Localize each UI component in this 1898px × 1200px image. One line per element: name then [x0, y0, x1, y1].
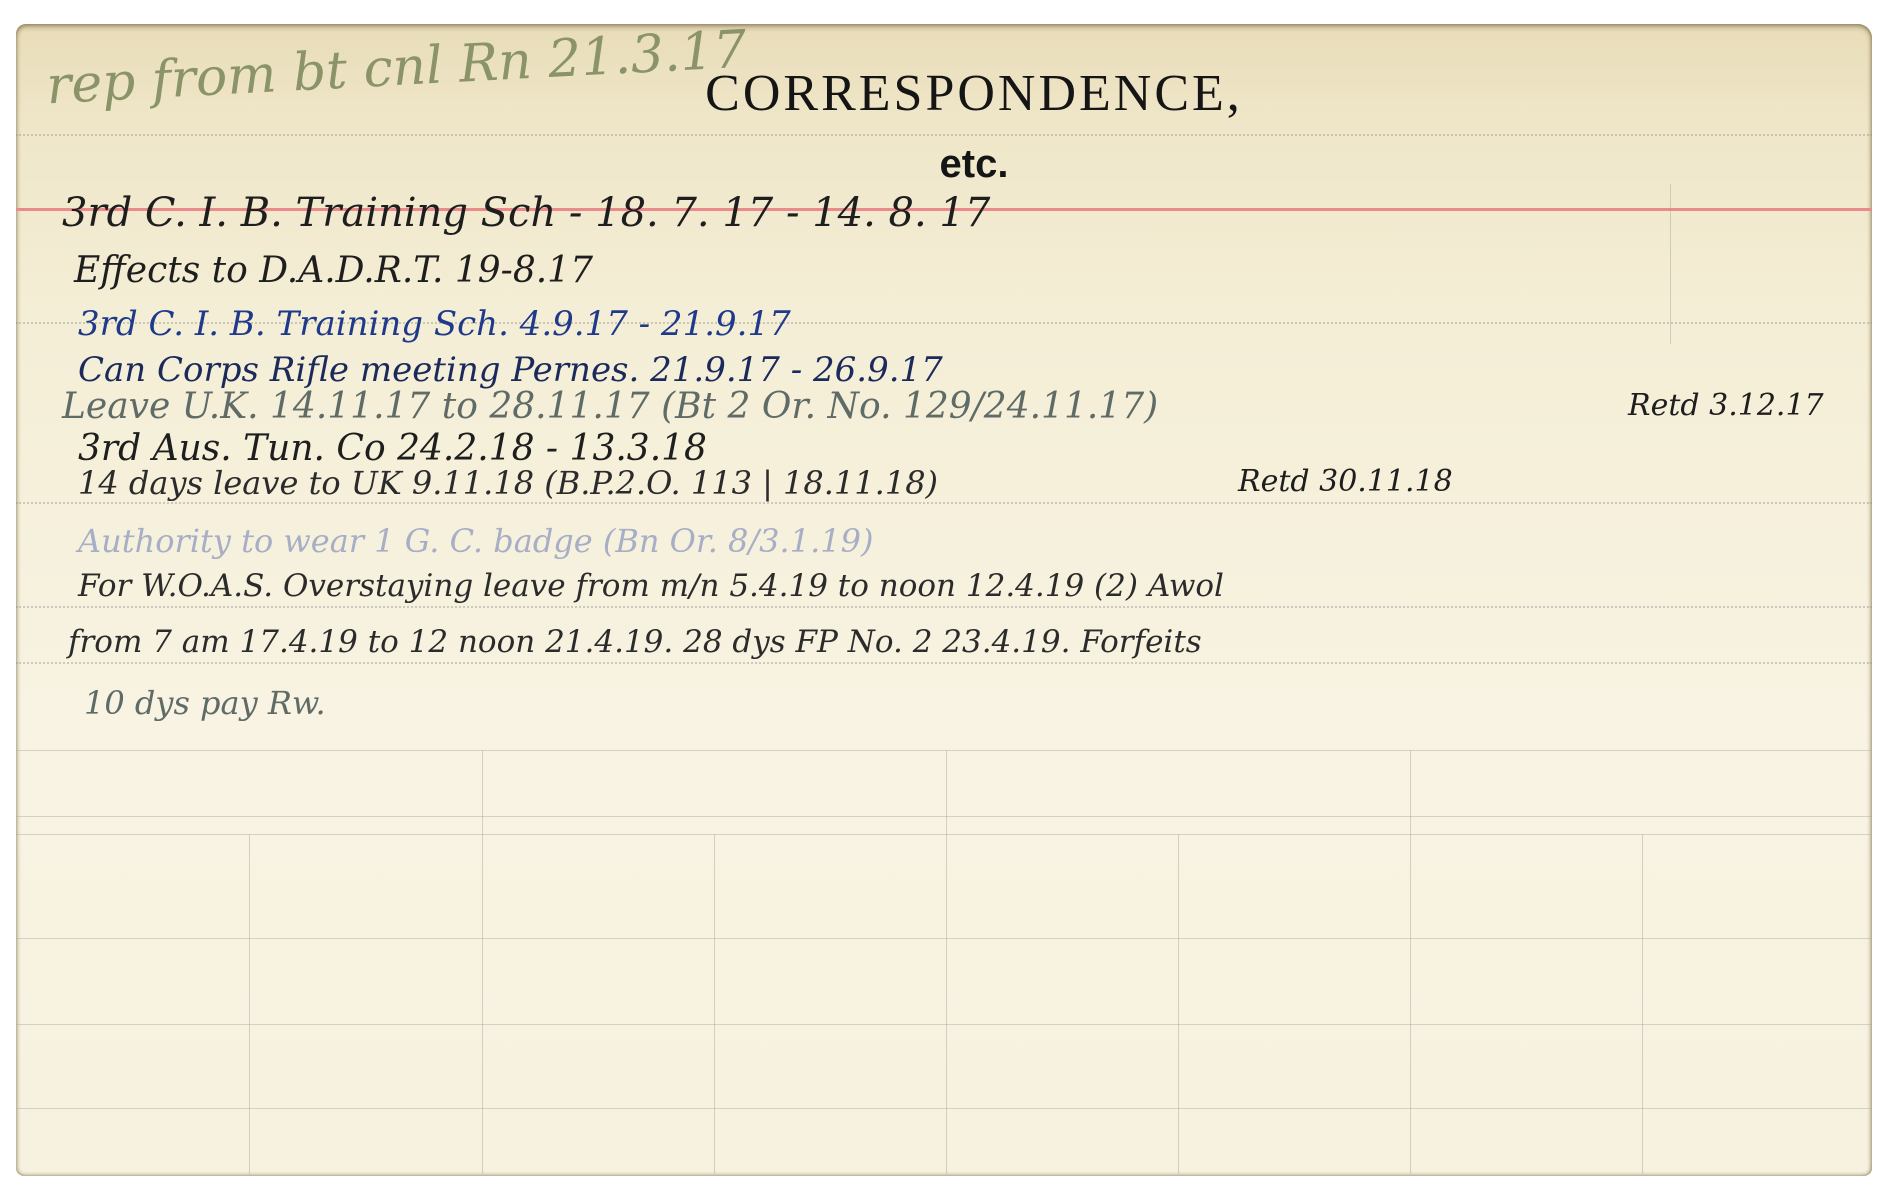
column-divider [249, 834, 250, 1174]
entry-line: 3rd C. I. B. Training Sch. 4.9.17 - 21.9… [78, 304, 791, 344]
entry-line: Leave U.K. 14.11.17 to 28.11.17 (Bt 2 Or… [62, 386, 1158, 427]
column-divider [714, 834, 715, 1174]
entry-line: Authority to wear 1 G. C. badge (Bn Or. … [78, 522, 873, 560]
column-divider [482, 750, 483, 1174]
entry-line: 3rd Aus. Tun. Co 24.2.18 - 13.3.18 [78, 428, 707, 469]
entry-line: For W.O.A.S. Overstaying leave from m/n … [78, 568, 1224, 604]
entry-line: Retd 30.11.18 [1238, 464, 1453, 499]
dotted-rule [16, 662, 1872, 664]
ruled-line [16, 1108, 1872, 1109]
column-divider [1642, 834, 1643, 1174]
column-divider [946, 750, 947, 1174]
column-divider [1178, 834, 1179, 1174]
column-divider [1410, 750, 1411, 1174]
entry-line: 10 dys pay Rw. [84, 684, 326, 722]
service-record-card: CORRESPONDENCE, etc. rep from bt cnl Rn … [16, 24, 1872, 1176]
ruled-line [16, 834, 1872, 835]
ruled-line [16, 1024, 1872, 1025]
ruled-line [16, 750, 1872, 751]
dotted-rule [16, 502, 1872, 504]
column-divider [1670, 184, 1671, 344]
dotted-rule [16, 134, 1872, 136]
entry-line: Effects to D.A.D.R.T. 19-8.17 [74, 250, 593, 291]
ruled-line [16, 816, 1872, 817]
dotted-rule [16, 606, 1872, 608]
entry-line: 3rd C. I. B. Training Sch - 18. 7. 17 - … [62, 190, 990, 236]
entry-line: 14 days leave to UK 9.11.18 (B.P.2.O. 11… [78, 464, 938, 502]
entry-line: Can Corps Rifle meeting Pernes. 21.9.17 … [78, 350, 943, 390]
card-subtitle: etc. [16, 142, 1898, 187]
ruled-line [16, 938, 1872, 939]
entry-line: Retd 3.12.17 [1628, 388, 1824, 423]
entry-line: from 7 am 17.4.19 to 12 noon 21.4.19. 28… [68, 624, 1202, 660]
